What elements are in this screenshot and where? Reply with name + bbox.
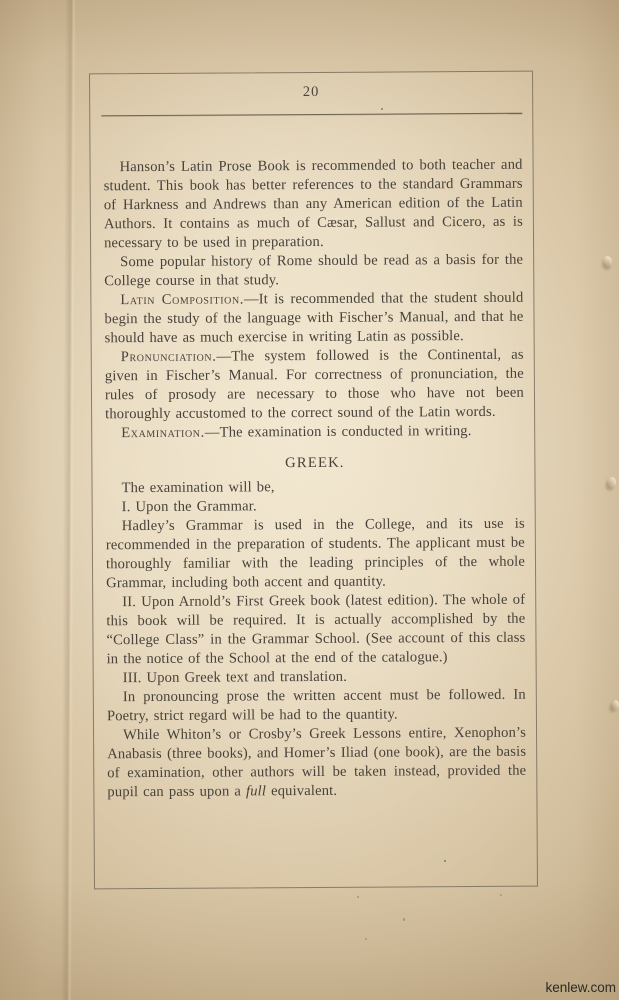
scanned-book-page-photo: 20 Hanson’s Latin Prose Book is recommen… xyxy=(0,0,619,1000)
text-run: Latin Composition. xyxy=(120,291,244,308)
paper-speck xyxy=(357,896,359,898)
page-number: 20 xyxy=(90,83,532,103)
paragraph: III. Upon Greek text and translation. xyxy=(107,667,526,689)
text-run: II. Upon Arnold’s First Greek book (late… xyxy=(106,592,525,668)
paragraph: In pronouncing prose the written accent … xyxy=(107,686,526,727)
text-run: equivalent. xyxy=(266,783,337,799)
text-run: I. Upon the Grammar. xyxy=(122,498,257,515)
text-run: full xyxy=(246,783,266,799)
watermark: kenlew.com xyxy=(545,980,616,995)
page-frame: 20 Hanson’s Latin Prose Book is recommen… xyxy=(89,71,538,890)
paragraph: The examination will be, xyxy=(105,477,524,499)
text-run: Hanson’s Latin Prose Book is recommended… xyxy=(104,157,523,252)
text-run: III. Upon Greek text and translation. xyxy=(123,669,347,686)
paragraph: While Whiton’s or Crosby’s Greek Lessons… xyxy=(107,724,526,803)
text-run: Some popular history of Rome should be r… xyxy=(104,252,523,290)
paragraph: I. Upon the Grammar. xyxy=(106,496,525,518)
paragraph: Pronunciation.—The system followed is th… xyxy=(105,346,524,425)
paragraph: Examination.—The examination is conducte… xyxy=(105,422,524,444)
paragraph: II. Upon Arnold’s First Greek book (late… xyxy=(106,591,525,670)
text-run: In pronouncing prose the written accent … xyxy=(107,687,526,725)
paragraph: Hadley’s Grammar is used in the College,… xyxy=(106,515,525,594)
paragraph: Hanson’s Latin Prose Book is recommended… xyxy=(104,156,524,254)
paragraph: Some popular history of Rome should be r… xyxy=(104,251,523,292)
text-run: The examination will be, xyxy=(121,479,274,496)
paper-crease xyxy=(61,0,76,1000)
text-run: Pronunciation. xyxy=(121,349,217,366)
text-run: Hadley’s Grammar is used in the College,… xyxy=(106,516,525,592)
page-text-block: Hanson’s Latin Prose Book is recommended… xyxy=(104,156,527,803)
paper-speck xyxy=(500,894,502,896)
text-run: —The examination is conducted in writing… xyxy=(205,423,472,441)
binding-dent xyxy=(603,256,612,268)
paper-speck xyxy=(403,918,405,921)
paper-speck xyxy=(365,938,367,940)
binding-dent xyxy=(606,476,618,490)
section-heading: GREEK. xyxy=(105,453,524,475)
paragraph: Latin Composition.—It is recommended tha… xyxy=(104,289,523,349)
header-rule xyxy=(101,113,522,117)
binding-dent xyxy=(609,699,619,712)
text-run: GREEK. xyxy=(285,455,345,471)
text-run: Examination. xyxy=(121,425,205,442)
